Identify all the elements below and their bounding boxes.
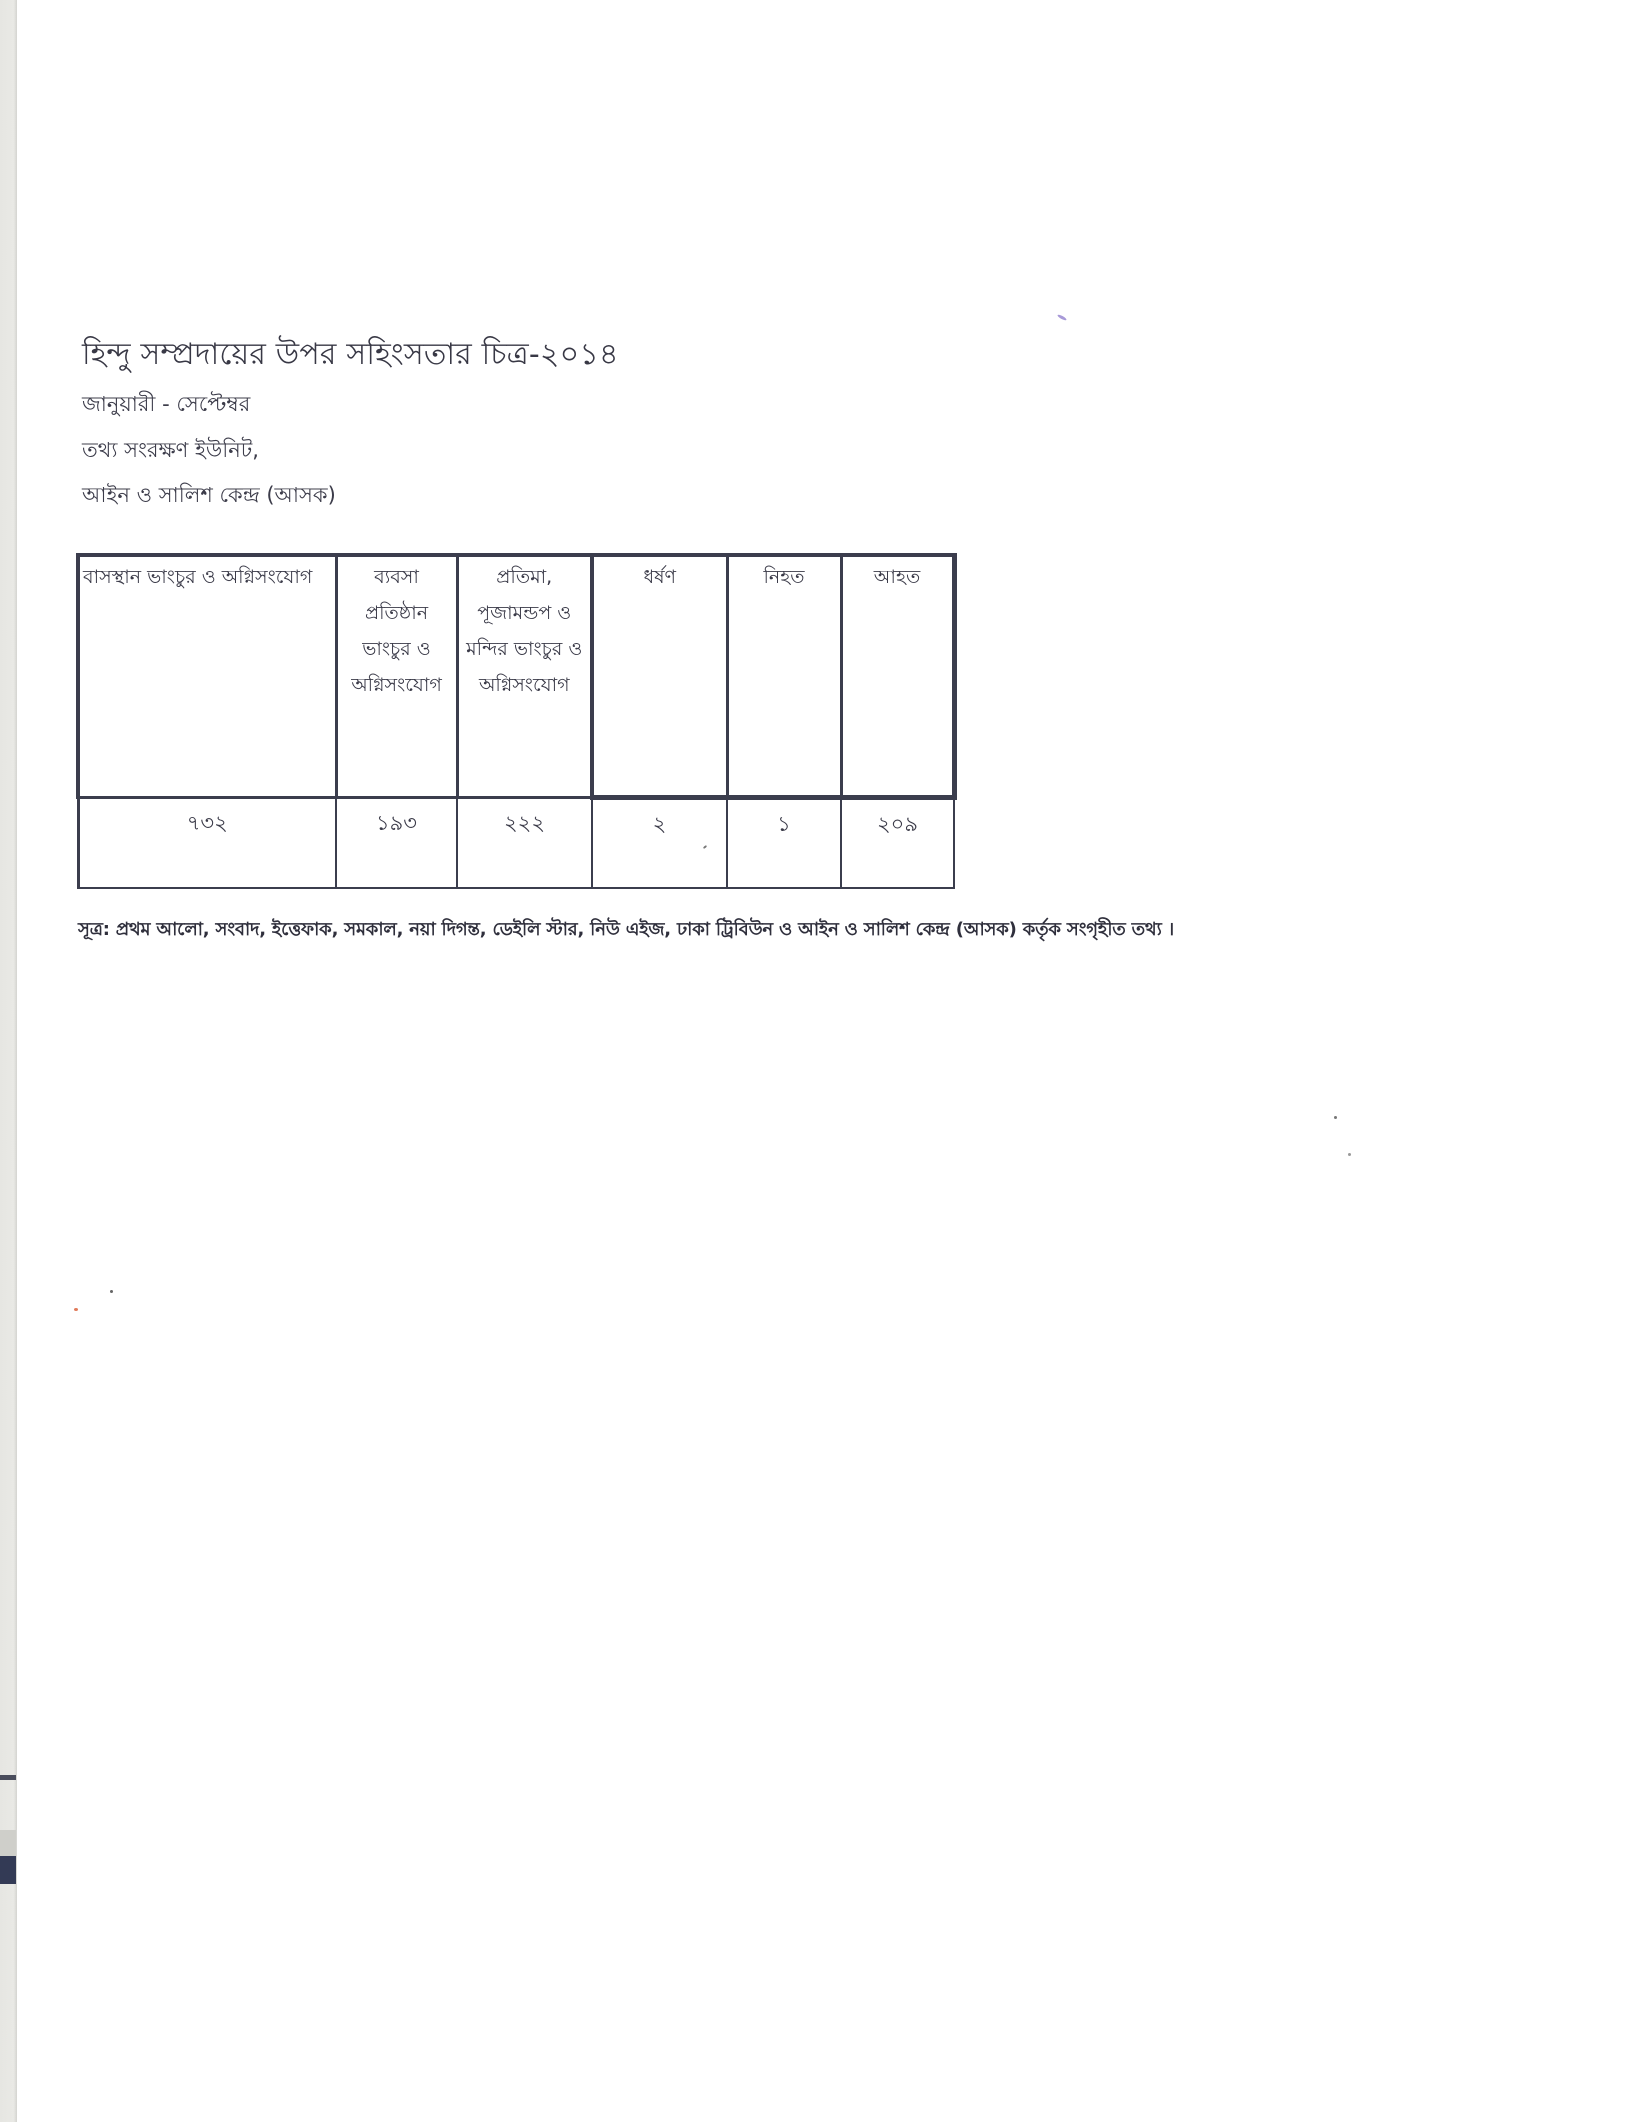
table-header-row: বাসস্থান ভাংচুর ও অগ্নিসংযোগ ব্যবসা প্রত… [78, 555, 954, 798]
header-idol-temple-vandalism-arson: প্রতিমা, পূজামন্ডপ ও মন্দির ভাংচুর ও অগ্… [457, 555, 592, 798]
cell-house-vandalism-arson: ৭৩২ [78, 798, 336, 889]
organization-name: আইন ও সালিশ কেন্দ্র (আসক) [82, 479, 336, 514]
scan-speck [1334, 1116, 1337, 1119]
scan-artifact-mark [0, 1775, 16, 1780]
scan-speck [110, 1290, 113, 1293]
document-title: হিন্দু সম্প্রদায়ের উপর সহিংসতার চিত্র-২… [82, 330, 619, 381]
scan-artifact-mark [0, 1856, 16, 1884]
header-house-vandalism-arson: বাসস্থান ভাংচুর ও অগ্নিসংযোগ [78, 555, 336, 798]
cell-business-vandalism-arson: ১৯৩ [336, 798, 457, 889]
reporting-period: জানুয়ারী - সেপ্টেম্বর [82, 388, 250, 423]
scan-binding-strip [0, 0, 17, 2122]
scan-artifact-shade [0, 1830, 16, 1856]
cell-rape: ২ [592, 798, 727, 889]
scan-speck [1348, 1153, 1351, 1156]
cell-killed: ১ [727, 798, 841, 889]
cell-injured: ২০৯ [841, 798, 954, 889]
table-row: ৭৩২ ১৯৩ ২২২ ২ ১ ২০৯ [78, 798, 954, 889]
source-note: সূত্র: প্রথম আলো, সংবাদ, ইত্তেফাক, সমকাল… [78, 915, 1174, 946]
header-killed: নিহত [727, 555, 841, 798]
scan-speck [74, 1308, 78, 1311]
violence-statistics-table: বাসস্থান ভাংচুর ও অগ্নিসংযোগ ব্যবসা প্রত… [76, 553, 957, 889]
header-business-vandalism-arson: ব্যবসা প্রতিষ্ঠান ভাংচুর ও অগ্নিসংযোগ [336, 555, 457, 798]
cell-idol-temple-vandalism-arson: ২২২ [457, 798, 592, 889]
header-injured: আহত [841, 555, 954, 798]
scan-speck [1057, 314, 1067, 321]
unit-name: তথ্য সংরক্ষণ ইউনিট, [82, 434, 259, 469]
header-rape: ধর্ষণ [592, 555, 727, 798]
